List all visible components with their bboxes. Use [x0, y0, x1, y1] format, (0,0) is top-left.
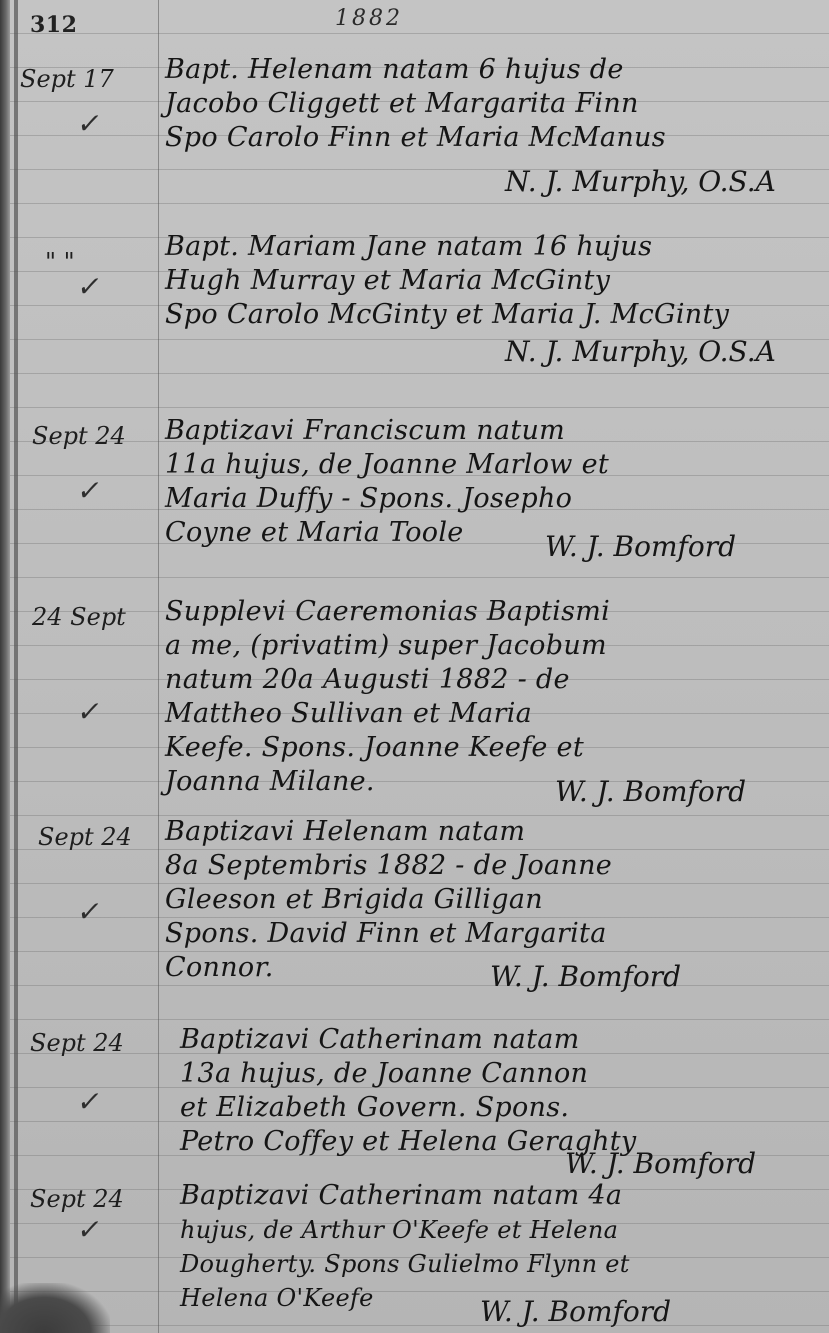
book-binding-line	[14, 0, 18, 1333]
entry-text: Bapt. Helenam natam 6 hujus de Jacobo Cl…	[165, 53, 815, 155]
check-mark-icon: ✓	[75, 695, 104, 728]
entry-date: Sept 24	[30, 1029, 160, 1057]
corner-shadow	[0, 1283, 110, 1333]
signature: W. J. Bomford	[555, 775, 746, 808]
signature: W. J. Bomford	[565, 1147, 756, 1180]
entry-line: Bapt. Mariam Jane natam 16 hujus	[165, 230, 815, 264]
signature: N. J. Murphy, O.S.A	[505, 165, 776, 198]
entry-line: Hugh Murray et Maria McGinty	[165, 264, 815, 298]
entry-line: Dougherty. Spons Gulielmo Flynn et	[180, 1247, 829, 1281]
entry-text: Baptizavi Catherinam natam 13a hujus, de…	[180, 1023, 829, 1159]
book-binding-edge	[0, 0, 10, 1333]
entry-line: Maria Duffy - Spons. Josepho	[165, 482, 815, 516]
check-mark-icon: ✓	[75, 1213, 104, 1246]
entry-line: Bapt. Helenam natam 6 hujus de	[165, 53, 815, 87]
check-mark-icon: ✓	[75, 107, 104, 140]
entry-line: Spons. David Finn et Margarita	[165, 917, 815, 951]
entry-line: Baptizavi Franciscum natum	[165, 414, 815, 448]
year-heading: 1882	[335, 6, 403, 31]
check-mark-icon: ✓	[75, 474, 104, 507]
page-number: 312	[30, 12, 77, 38]
entry-date: Sept 24	[30, 1185, 160, 1213]
entry-text: Bapt. Mariam Jane natam 16 hujus Hugh Mu…	[165, 230, 815, 332]
entry-line: natum 20a Augusti 1882 - de	[165, 663, 815, 697]
entry-date: 24 Sept	[32, 603, 162, 631]
check-mark-icon: ✓	[75, 1085, 104, 1118]
entry-date: " "	[45, 248, 175, 276]
entry-date: Sept 24	[32, 422, 162, 450]
signature: W. J. Bomford	[480, 1295, 671, 1328]
signature: N. J. Murphy, O.S.A	[505, 335, 776, 368]
entry-line: Baptizavi Helenam natam	[165, 815, 815, 849]
entry-line: Gleeson et Brigida Gilligan	[165, 883, 815, 917]
entry-text: Supplevi Caeremonias Baptismi a me, (pri…	[165, 595, 815, 799]
margin-rule	[158, 0, 159, 1333]
entry-line: Spo Carolo McGinty et Maria J. McGinty	[165, 298, 815, 332]
entry-line: Keefe. Spons. Joanne Keefe et	[165, 731, 815, 765]
signature: W. J. Bomford	[490, 960, 681, 993]
entry-line: a me, (privatim) super Jacobum	[165, 629, 815, 663]
entry-line: Baptizavi Catherinam natam 4a	[180, 1179, 829, 1213]
entry-line: Baptizavi Catherinam natam	[180, 1023, 829, 1057]
entry-date: Sept 17	[20, 65, 150, 93]
entry-line: hujus, de Arthur O'Keefe et Helena	[180, 1213, 829, 1247]
check-mark-icon: ✓	[75, 270, 104, 303]
entry-line: Mattheo Sullivan et Maria	[165, 697, 815, 731]
signature: W. J. Bomford	[545, 530, 736, 563]
entry-line: 11a hujus, de Joanne Marlow et	[165, 448, 815, 482]
entry-line: et Elizabeth Govern. Spons.	[180, 1091, 829, 1125]
entry-line: 13a hujus, de Joanne Cannon	[180, 1057, 829, 1091]
entry-line: 8a Septembris 1882 - de Joanne	[165, 849, 815, 883]
entry-line: Supplevi Caeremonias Baptismi	[165, 595, 815, 629]
entry-date: Sept 24	[38, 823, 168, 851]
check-mark-icon: ✓	[75, 895, 104, 928]
entry-line: Spo Carolo Finn et Maria McManus	[165, 121, 815, 155]
register-page: 312 1882 Sept 17 ✓ Bapt. Helenam natam 6…	[0, 0, 829, 1333]
entry-line: Jacobo Cliggett et Margarita Finn	[165, 87, 815, 121]
